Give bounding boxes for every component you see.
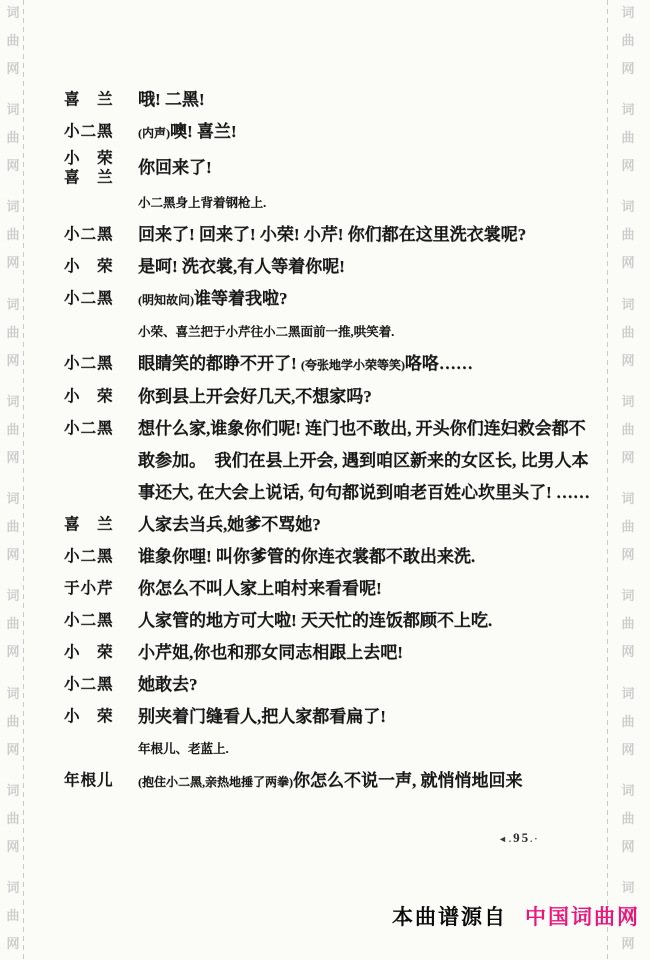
dialogue-text: (抱住小二黑,亲热地捶了两拳)你怎么不说一声, 就悄悄地回来: [138, 765, 594, 798]
dialogue-segment: 她敢去?: [138, 675, 198, 694]
watermark-char: 词: [620, 687, 636, 700]
speaker-name: 小二黑: [64, 219, 138, 251]
watermark-group: 词曲网: [5, 492, 21, 561]
watermark-char: 曲: [620, 715, 636, 728]
speaker-name-text: 小 荣: [64, 381, 138, 413]
watermark-char: 曲: [5, 34, 21, 47]
speaker-name-text: 小二黑: [64, 116, 138, 148]
stage-direction: 小二黑身上背着钢枪上.: [138, 187, 594, 219]
dialogue-line: 于小芹你怎么不叫人家上咱村来看看呢!: [64, 573, 594, 605]
dialogue-segment: 谁等着我啦?: [194, 289, 288, 308]
left-dashed-rule: [23, 0, 24, 960]
speaker-name: 于小芹: [64, 573, 138, 605]
dialogue-text: 小芹姐,你也和那女同志相跟上去吧!: [138, 637, 594, 669]
watermark-char: 词: [620, 103, 636, 116]
dialogue-line: 小二黑谁象你哩! 叫你爹管的你连衣裳都不敢出来洗.: [64, 541, 594, 573]
watermark-group: 词曲网: [5, 687, 21, 756]
right-dashed-rule: [607, 0, 608, 960]
dialogue-segment: 眼睛笑的都睁不开了!: [138, 354, 301, 373]
watermark-char: 曲: [5, 520, 21, 533]
dialogue-line: 小 荣小芹姐,你也和那女同志相跟上去吧!: [64, 637, 594, 669]
watermark-char: 网: [5, 743, 21, 756]
dialogue-segment: 咯咯……: [405, 354, 473, 373]
dialogue-line: 小二黑(内声)噢! 喜兰!: [64, 116, 594, 149]
dialogue-line: 喜 兰哦! 二黑!: [64, 84, 594, 116]
watermark-char: 曲: [620, 423, 636, 436]
watermark-char: 网: [620, 548, 636, 561]
speaker-name-text: 小 荣: [64, 637, 138, 669]
speaker-name-text: 小二黑: [64, 605, 138, 637]
page-number-deco-right: .·: [530, 834, 539, 844]
watermark-char: 词: [5, 298, 21, 311]
dialogue-text: 她敢去?: [138, 669, 594, 701]
watermark-char: 词: [620, 881, 636, 894]
speaker-name-text: 小 荣: [64, 149, 138, 168]
page-number: ◄.95.·: [498, 830, 539, 846]
watermark-char: 曲: [620, 520, 636, 533]
watermark-char: 网: [5, 937, 21, 950]
dialogue-text: (内声)噢! 喜兰!: [138, 116, 594, 149]
watermark-group: 词曲网: [620, 6, 636, 75]
speaker-name: 小二黑: [64, 116, 138, 148]
footer-brand: 中国词曲网: [525, 901, 640, 931]
watermark-char: 曲: [620, 131, 636, 144]
watermark-char: 词: [5, 103, 21, 116]
dialogue-text: 谁象你哩! 叫你爹管的你连衣裳都不敢出来洗.: [138, 541, 594, 573]
watermark-char: 词: [5, 589, 21, 602]
watermark-char: 网: [620, 743, 636, 756]
watermark-char: 网: [5, 548, 21, 561]
dialogue-text: 哦! 二黑!: [138, 84, 594, 116]
watermark-char: 曲: [620, 228, 636, 241]
watermark-char: 词: [5, 492, 21, 505]
footer-source-label: 本曲谱源自: [392, 901, 507, 931]
watermark-column-right: 词曲网词曲网词曲网词曲网词曲网词曲网词曲网词曲网词曲网词曲网: [620, 0, 636, 960]
dialogue-line: 小二黑她敢去?: [64, 669, 594, 701]
speaker-name: 小二黑: [64, 283, 138, 315]
watermark-char: 网: [620, 840, 636, 853]
dialogue-parenthetical: (夸张地学小荣等笑): [301, 358, 405, 372]
watermark-char: 曲: [620, 617, 636, 630]
watermark-char: 曲: [5, 715, 21, 728]
watermark-char: 网: [5, 62, 21, 75]
speaker-name-text: 喜 兰: [64, 168, 138, 187]
dialogue-segment: 想什么家,谁象你们呢! 连门也不敢出, 开头你们连妇救会都不敢参加。 我们在县上…: [138, 419, 590, 502]
dialogue-parenthetical: (内声): [138, 126, 170, 140]
speaker-name: 喜 兰: [64, 84, 138, 116]
speaker-name-text: 小二黑: [64, 413, 138, 445]
watermark-char: 词: [620, 395, 636, 408]
watermark-char: 词: [620, 200, 636, 213]
dialogue-text: (明知故问)谁等着我啦?: [138, 283, 594, 316]
speaker-name-text: 小 荣: [64, 251, 138, 283]
dialogue-segment: 回来了! 回来了! 小荣! 小芹! 你们都在这里洗衣裳呢?: [138, 225, 526, 244]
watermark-group: 词曲网: [5, 103, 21, 172]
dialogue-line: 小二黑(明知故问)谁等着我啦?: [64, 283, 594, 316]
watermark-group: 词曲网: [5, 200, 21, 269]
watermark-char: 词: [5, 687, 21, 700]
watermark-char: 网: [5, 354, 21, 367]
watermark-char: 网: [620, 645, 636, 658]
watermark-char: 词: [5, 881, 21, 894]
dialogue-text: 是呵! 洗衣裳,有人等着你呢!: [138, 251, 594, 283]
speaker-name-text: 喜 兰: [64, 84, 138, 116]
dialogue-line: 小 荣别夹着门缝看人,把人家都看扁了!: [64, 701, 594, 733]
watermark-group: 词曲网: [5, 881, 21, 950]
speaker-name: 年根儿: [64, 765, 138, 797]
watermark-group: 词曲网: [620, 687, 636, 756]
dialogue-segment: 噢! 喜兰!: [170, 122, 237, 141]
watermark-char: 曲: [5, 423, 21, 436]
watermark-char: 词: [5, 200, 21, 213]
watermark-char: 曲: [5, 326, 21, 339]
speaker-name-text: 小二黑: [64, 219, 138, 251]
dialogue-line: 小二黑想什么家,谁象你们呢! 连门也不敢出, 开头你们连妇救会都不敢参加。 我们…: [64, 413, 594, 509]
dialogue-line: 小二黑人家管的地方可大啦! 天天忙的连饭都顾不上吃.: [64, 605, 594, 637]
dialogue-segment: 人家去当兵,她爹不骂她?: [138, 515, 321, 534]
watermark-char: 网: [620, 354, 636, 367]
watermark-char: 曲: [620, 812, 636, 825]
speaker-name: 小二黑: [64, 348, 138, 380]
dialogue-segment: 你回来了!: [138, 158, 212, 177]
stage-direction: 小荣、喜兰把于小芹往小二黑面前一推,哄笑着.: [138, 316, 594, 348]
watermark-group: 词曲网: [620, 103, 636, 172]
watermark-char: 词: [5, 6, 21, 19]
watermark-char: 曲: [5, 812, 21, 825]
dialogue-segment: 你到县上开会好几天,不想家吗?: [138, 387, 372, 406]
dialogue-parenthetical: (抱住小二黑,亲热地捶了两拳): [138, 775, 293, 789]
speaker-name: 喜 兰: [64, 509, 138, 541]
watermark-group: 词曲网: [5, 589, 21, 658]
watermark-char: 网: [5, 645, 21, 658]
dialogue-text: 回来了! 回来了! 小荣! 小芹! 你们都在这里洗衣裳呢?: [138, 219, 594, 251]
watermark-char: 曲: [5, 228, 21, 241]
speaker-name: 小 荣: [64, 381, 138, 413]
speaker-name: 小 荣: [64, 701, 138, 733]
watermark-char: 网: [5, 256, 21, 269]
script-content: 喜 兰哦! 二黑!小二黑(内声)噢! 喜兰!小 荣喜 兰你回来了!小二黑身上背着…: [64, 84, 594, 798]
dialogue-line: 年根儿(抱住小二黑,亲热地捶了两拳)你怎么不说一声, 就悄悄地回来: [64, 765, 594, 798]
watermark-char: 网: [5, 159, 21, 172]
dialogue-text: 眼睛笑的都睁不开了! (夸张地学小荣等笑)咯咯……: [138, 348, 594, 381]
dialogue-text: 别夹着门缝看人,把人家都看扁了!: [138, 701, 594, 733]
dialogue-text: 你到县上开会好几天,不想家吗?: [138, 381, 594, 413]
dialogue-text: 你回来了!: [138, 152, 594, 184]
watermark-char: 词: [620, 298, 636, 311]
speaker-name: 小二黑: [64, 413, 138, 445]
dialogue-line: 小二黑眼睛笑的都睁不开了! (夸张地学小荣等笑)咯咯……: [64, 348, 594, 381]
dialogue-segment: 哦! 二黑!: [138, 90, 205, 109]
watermark-char: 曲: [5, 617, 21, 630]
watermark-char: 词: [620, 492, 636, 505]
watermark-char: 词: [5, 395, 21, 408]
watermark-group: 词曲网: [5, 298, 21, 367]
watermark-char: 曲: [5, 909, 21, 922]
watermark-char: 曲: [5, 131, 21, 144]
dialogue-parenthetical: (明知故问): [138, 293, 194, 307]
speaker-name-text: 年根儿: [64, 765, 138, 797]
watermark-column-left: 词曲网词曲网词曲网词曲网词曲网词曲网词曲网词曲网词曲网词曲网: [5, 0, 21, 960]
speaker-name: 小二黑: [64, 605, 138, 637]
speaker-name-text: 喜 兰: [64, 509, 138, 541]
dialogue-segment: 别夹着门缝看人,把人家都看扁了!: [138, 707, 386, 726]
dialogue-text: 人家去当兵,她爹不骂她?: [138, 509, 594, 541]
dialogue-segment: 是呵! 洗衣裳,有人等着你呢!: [138, 257, 345, 276]
speaker-name: 小 荣: [64, 637, 138, 669]
watermark-group: 词曲网: [5, 784, 21, 853]
watermark-char: 网: [620, 256, 636, 269]
watermark-group: 词曲网: [5, 6, 21, 75]
dialogue-text: 想什么家,谁象你们呢! 连门也不敢出, 开头你们连妇救会都不敢参加。 我们在县上…: [138, 413, 594, 509]
scanned-script-page: 词曲网词曲网词曲网词曲网词曲网词曲网词曲网词曲网词曲网词曲网 喜 兰哦! 二黑!…: [0, 0, 650, 960]
dialogue-segment: 你怎么不说一声, 就悄悄地回来: [293, 771, 523, 790]
watermark-group: 词曲网: [5, 395, 21, 464]
watermark-char: 词: [620, 589, 636, 602]
dialogue-segment: 谁象你哩! 叫你爹管的你连衣裳都不敢出来洗.: [138, 547, 475, 566]
watermark-group: 词曲网: [620, 589, 636, 658]
watermark-char: 网: [620, 451, 636, 464]
watermark-group: 词曲网: [620, 784, 636, 853]
watermark-group: 词曲网: [620, 200, 636, 269]
dialogue-line: 小 荣是呵! 洗衣裳,有人等着你呢!: [64, 251, 594, 283]
dialogue-segment: 你怎么不叫人家上咱村来看看呢!: [138, 579, 382, 598]
dialogue-text: 你怎么不叫人家上咱村来看看呢!: [138, 573, 594, 605]
stage-direction: 年根儿、老蓝上.: [138, 733, 594, 765]
watermark-char: 网: [620, 159, 636, 172]
speaker-name: 小 荣喜 兰: [64, 149, 138, 187]
speaker-name-text: 小二黑: [64, 283, 138, 315]
watermark-char: 网: [620, 937, 636, 950]
watermark-char: 词: [5, 784, 21, 797]
watermark-char: 网: [5, 840, 21, 853]
speaker-name-text: 小二黑: [64, 669, 138, 701]
speaker-name-text: 于小芹: [64, 573, 138, 605]
speaker-name: 小二黑: [64, 669, 138, 701]
speaker-name-text: 小二黑: [64, 541, 138, 573]
watermark-group: 词曲网: [620, 298, 636, 367]
watermark-group: 词曲网: [620, 492, 636, 561]
watermark-char: 网: [5, 451, 21, 464]
dialogue-segment: 小芹姐,你也和那女同志相跟上去吧!: [138, 643, 403, 662]
dialogue-line: 小二黑回来了! 回来了! 小荣! 小芹! 你们都在这里洗衣裳呢?: [64, 219, 594, 251]
watermark-char: 曲: [620, 34, 636, 47]
footer: 本曲谱源自 中国词曲网: [392, 901, 640, 931]
page-number-deco-left: ◄.: [498, 834, 513, 844]
speaker-name-text: 小 荣: [64, 701, 138, 733]
speaker-name: 小 荣: [64, 251, 138, 283]
dialogue-line: 小 荣你到县上开会好几天,不想家吗?: [64, 381, 594, 413]
dialogue-segment: 人家管的地方可大啦! 天天忙的连饭都顾不上吃.: [138, 611, 492, 630]
page-number-value: 95: [513, 830, 530, 845]
watermark-char: 网: [620, 62, 636, 75]
watermark-group: 词曲网: [620, 395, 636, 464]
watermark-char: 词: [620, 784, 636, 797]
dialogue-line: 小 荣喜 兰你回来了!: [64, 149, 594, 187]
speaker-name: 小二黑: [64, 541, 138, 573]
speaker-name-text: 小二黑: [64, 348, 138, 380]
dialogue-text: 人家管的地方可大啦! 天天忙的连饭都顾不上吃.: [138, 605, 594, 637]
watermark-char: 词: [620, 6, 636, 19]
watermark-char: 曲: [620, 326, 636, 339]
dialogue-line: 喜 兰人家去当兵,她爹不骂她?: [64, 509, 594, 541]
